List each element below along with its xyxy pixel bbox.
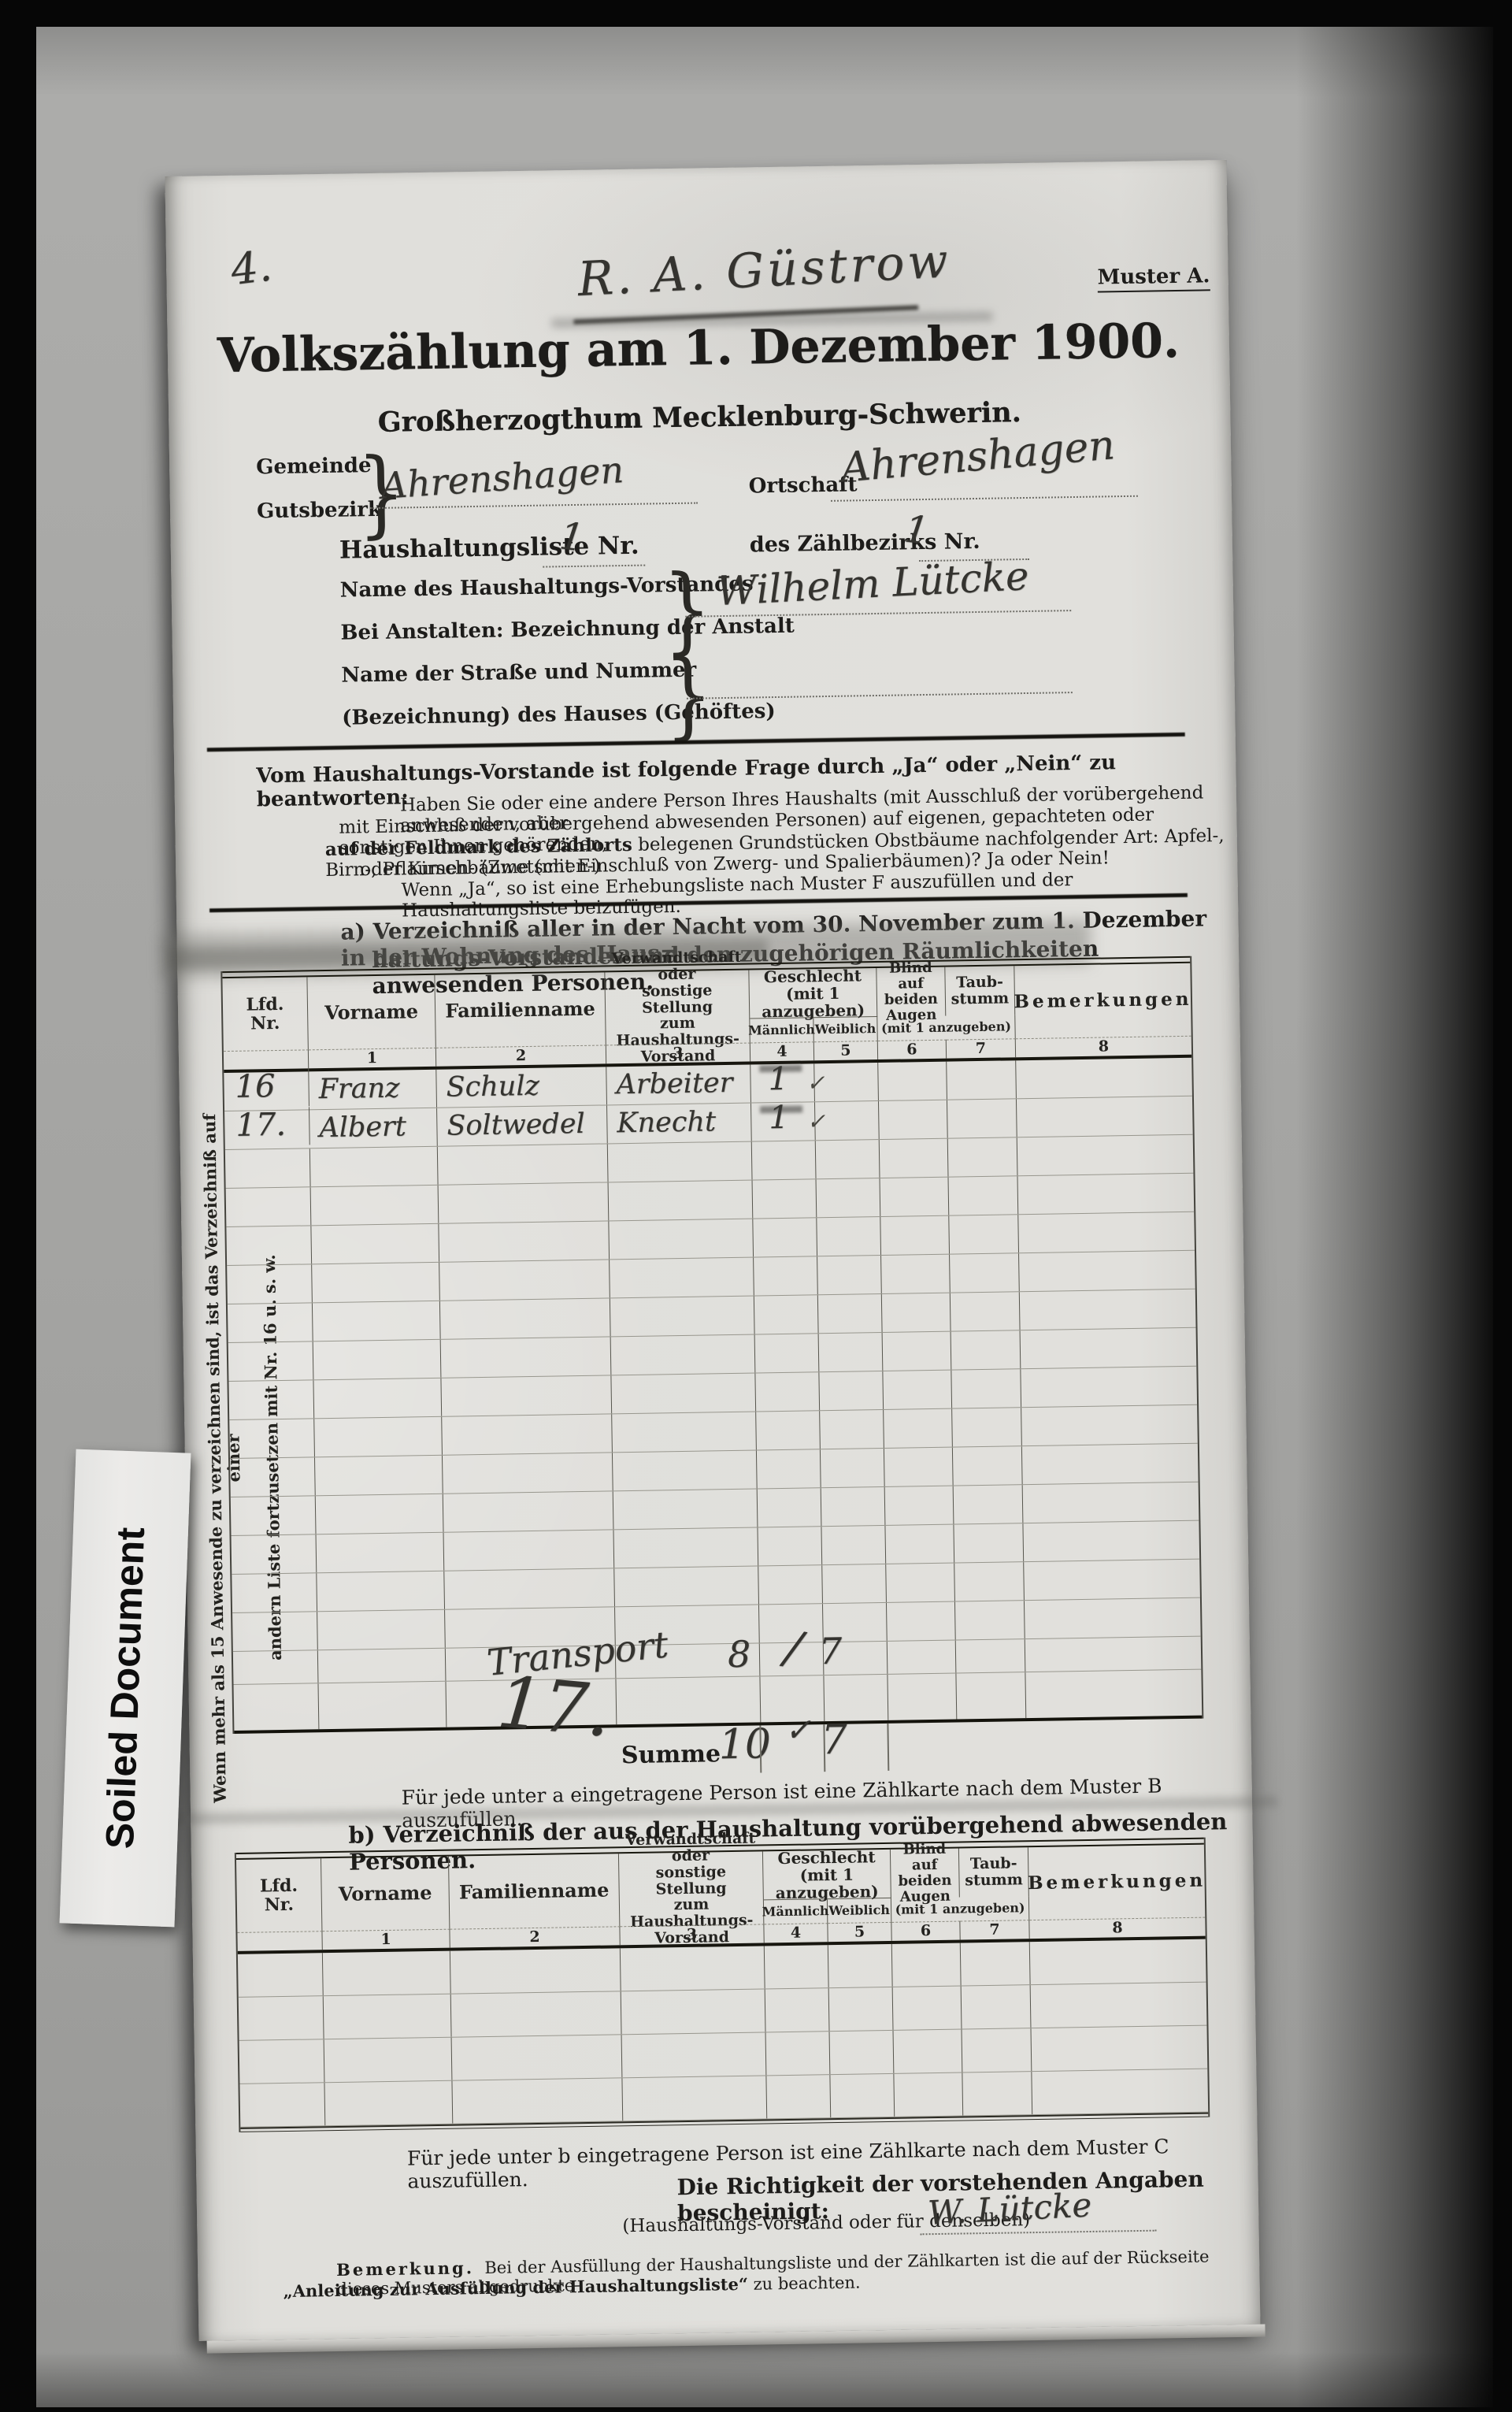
cell-empty [313,1340,442,1380]
cell-vorname: Franz [309,1070,437,1110]
cell-empty [1021,1367,1197,1407]
page-title: Volkszählung am 1. Dezember 1900. [167,313,1229,384]
cell-empty [611,1374,756,1414]
remark-label: Bemerkung. [336,2258,474,2280]
col-header-bemerkungen: Bemerkungen [1028,1845,1205,1920]
cell-empty [758,1488,822,1527]
cell-empty [951,1330,1021,1369]
cell-empty [444,1530,615,1570]
cell-empty [228,1303,313,1342]
col-header-geschlecht: Geschlecht (mit 1 anzugeben) [763,1850,891,1901]
cell-empty [239,2039,325,2084]
transport-maennlich: 8 [728,1633,751,1675]
cell-empty [315,1456,443,1496]
cell-empty [821,1487,886,1526]
haushaltungsliste-label: Haushaltungsliste Nr. [339,532,639,565]
cell-empty [608,1142,753,1182]
cell-empty [765,1988,830,2032]
cell-empty [227,1264,313,1304]
cell-empty [232,1534,317,1574]
cell-empty [316,1494,444,1534]
cell-empty [609,1181,754,1221]
cell-empty [952,1408,1022,1446]
cell-empty [821,1526,886,1564]
cell-empty [229,1419,315,1458]
transport-weiblich: 7 [819,1630,843,1672]
backdrop-right-shadow [1296,27,1493,2407]
cell-empty [239,2083,325,2127]
cell-empty [753,1218,817,1256]
cell-empty [754,1256,818,1295]
cell-empty [613,1527,758,1568]
cell-empty [450,1948,621,1993]
backdrop-bottom-shadow [36,2352,1493,2407]
district-stamp-handwriting: R. A. Güstrow [576,233,952,307]
cell-empty [949,1215,1019,1253]
cell-empty [880,1139,949,1178]
cell-empty [232,1612,318,1651]
cell-empty [1023,1482,1199,1523]
cell-empty [962,2072,1032,2115]
col-header-blind: Blind auf beiden Augen [891,1849,960,1898]
cell-empty [954,1523,1024,1562]
cell-empty [880,1216,950,1255]
col-header-familienname: Familienname [449,1854,620,1928]
vorstand-value: Wilhelm Lütcke [715,553,1029,614]
col-header-geschlecht: Geschlecht (mit 1 anzugeben) [749,968,877,1019]
cell-empty [612,1412,757,1452]
cell-empty [621,1946,765,1991]
soiled-document-slip: Soiled Document [60,1449,191,1928]
col-number-3: 3 [606,1043,750,1064]
col-header-verwandtschaft: Verwandtschaft oder sonstige Stellung zu… [605,970,750,1045]
col-header-familienname: Familienname [435,972,606,1047]
col-number-4: 4 [750,1041,814,1061]
cell-empty [817,1178,881,1217]
cell-weiblich [814,1063,879,1101]
cell-empty [441,1337,612,1377]
cell-empty [755,1334,820,1372]
cell-empty [441,1375,612,1416]
cell-empty [439,1260,610,1300]
col-number-blank [224,1049,309,1070]
cell-empty [444,1568,615,1609]
cell-vorname: Albert [309,1108,438,1148]
cell-empty [1025,1598,1201,1638]
cell-empty [1032,2069,1208,2114]
cell-empty [226,1187,312,1226]
signature-value: W. Lütcke [927,2185,1092,2232]
cell-empty [819,1371,884,1410]
cell-empty [819,1333,884,1371]
maennlich-mark: 1 [751,1100,789,1137]
col-number-3: 3 [620,1924,764,1945]
cell-empty [953,1446,1023,1485]
soiled-document-label: Soiled Document [97,1527,154,1850]
cell-familienname: Schulz [436,1067,607,1107]
ortschaft-dotted-line [831,495,1138,502]
corner-number: 4. [228,241,275,295]
cell-empty [1017,1174,1194,1214]
cell-empty [829,1987,894,2031]
cell-empty [882,1293,951,1332]
cell-empty [880,1178,950,1216]
cell-empty [1031,1983,1207,2028]
cell-empty [962,1985,1032,2028]
cell-empty [317,1572,445,1612]
table-b-absent-persons: Lfd. Nr. Vorname Familienname Verwandtsc… [235,1838,1210,2132]
cell-weiblich [815,1101,880,1140]
cell-empty [817,1256,882,1294]
haus-dotted [687,692,1073,699]
cell-empty [613,1450,758,1490]
cell-empty [314,1417,443,1457]
cell-empty [622,2032,767,2077]
cell-empty [1018,1212,1195,1252]
cell-empty [231,1496,317,1535]
col-number-6: 6 [891,1921,960,1941]
col-header-bemerkungen: Bemerkungen [1014,963,1191,1038]
cell-empty [949,1176,1019,1215]
cell-empty [956,1672,1026,1719]
cell-empty [610,1258,754,1298]
cell-empty [824,1675,888,1721]
cell-empty [230,1457,316,1497]
cell-empty [894,2072,963,2116]
table-b-header: Lfd. Nr. Vorname Familienname Verwandtsc… [236,1845,1206,1954]
cell-empty [440,1298,611,1338]
col-number-1: 1 [309,1048,436,1069]
cell-stellung: Arbeiter [606,1065,751,1105]
cell-empty [232,1573,317,1612]
cell-empty [228,1341,314,1381]
cell-empty [451,1991,622,2036]
cell-empty [1023,1521,1199,1561]
col-number-2: 2 [450,1926,620,1947]
census-form-page: 4. R. A. Güstrow Muster A. Volkszählung … [165,160,1260,2341]
col-header-verwandtschaft: Verwandtschaft oder sonstige Stellung zu… [619,1851,764,1926]
gemeinde-value: Ahrenshagen [380,448,625,507]
col-header-maennlich: Männlich [764,1899,828,1924]
cell-empty [1019,1251,1195,1291]
cell-empty [951,1369,1021,1408]
col-header-lfd-nr: Lfd. Nr. [236,1858,322,1932]
cell-empty [757,1449,821,1488]
cell-taubstumm [947,1060,1017,1099]
cell-empty [885,1525,954,1564]
cell-empty [317,1610,446,1650]
cell-empty [443,1491,614,1531]
cell-empty [885,1486,954,1525]
cell-empty [822,1564,887,1603]
cell-empty [621,1989,766,2034]
cell-empty [962,2028,1032,2072]
cell-empty [614,1566,759,1606]
cell-empty [883,1332,952,1371]
cell-empty [324,2081,453,2126]
cell-empty [884,1409,953,1448]
col-number-6: 6 [878,1040,947,1059]
cell-empty [443,1453,613,1493]
cell-empty [317,1533,445,1573]
cell-empty [611,1335,756,1375]
cell-empty [310,1147,439,1187]
cell-empty [622,2076,767,2121]
cell-empty [1017,1135,1194,1175]
col-number-1: 1 [322,1929,450,1950]
gemeinde-label: Gemeinde [256,454,372,479]
muster-label: Muster A. [1097,264,1210,292]
cell-empty [954,1485,1024,1523]
cell-empty [961,1942,1031,1985]
haus-brace: } [664,647,713,742]
cell-empty [239,1996,324,2040]
cell-empty [892,1943,962,1987]
cell-empty [954,1562,1025,1601]
cell-empty [226,1226,312,1265]
cell-empty [439,1182,610,1223]
col-number-2: 2 [436,1045,606,1066]
cell-empty [318,1682,447,1730]
cell-empty [758,1527,822,1565]
cell-empty [817,1217,881,1256]
cell-empty [452,2035,623,2080]
cell-blind [878,1062,947,1100]
cell-empty [883,1371,952,1409]
cell-empty [821,1449,885,1487]
ortschaft-value: Ahrenshagen [839,421,1117,492]
cell-empty [955,1601,1025,1639]
cell-blind [879,1100,948,1139]
cell-empty [756,1411,821,1449]
cell-empty [1025,1670,1202,1718]
cell-empty [950,1253,1020,1292]
cell-empty [1022,1444,1199,1484]
col-header-taubstumm: Taub- stumm [945,966,1015,1015]
cell-empty [816,1140,880,1178]
cell-bemerkungen [1016,1058,1192,1098]
col-number-4: 4 [764,1923,828,1943]
cell-empty [828,1944,893,1987]
cell-empty [1021,1328,1197,1368]
cell-empty [311,1224,439,1264]
haushaltungsliste-dotted [543,565,645,568]
cell-empty [830,2031,895,2074]
cell-empty [886,1564,955,1602]
cell-empty [324,1995,452,2039]
col-header-weiblich: Weiblich [828,1898,891,1923]
cell-empty [324,2038,453,2083]
cell-empty [1021,1405,1198,1445]
cell-empty [754,1295,819,1334]
col-number-blank [237,1931,322,1951]
cell-empty [753,1179,817,1218]
cell-empty [312,1263,440,1303]
cell-empty [948,1137,1018,1176]
col-header-maennlich: Männlich [750,1018,813,1042]
col-number-7: 7 [947,1038,1016,1058]
col-header-lfd-nr: Lfd. Nr. [222,977,308,1051]
cell-empty [452,2078,623,2123]
cell-empty [766,2075,831,2118]
col-number-5: 5 [828,1922,891,1942]
cell-empty [438,1144,609,1184]
col-header-mit1: (mit 1 anzugeben) [891,1896,1029,1922]
zaehlbezirk-label: des Zählbezirks Nr. [750,529,980,558]
col-number-8: 8 [1029,1917,1205,1939]
col-header-vorname: Vorname [321,1857,450,1931]
cell-empty [755,1372,820,1411]
cell-empty [609,1219,754,1260]
summe-column-stub-3 [887,1724,889,1771]
cell-empty [313,1301,441,1341]
cell-empty [818,1294,883,1333]
cell-lfd: 16 [224,1068,309,1108]
cell-empty [1031,2026,1207,2071]
backdrop-top-shadow [36,27,1493,98]
cell-empty [752,1141,817,1179]
cell-lfd: 17. [224,1107,310,1146]
table-b-empty-rows [238,1939,1208,2128]
cell-empty [894,2029,963,2072]
cell-empty [313,1379,442,1419]
cell-empty [318,1649,447,1683]
cell-empty [610,1297,755,1337]
col-number-8: 8 [1016,1036,1191,1057]
cell-empty [888,1641,957,1674]
remark-rest2: zu beachten. [748,2273,861,2294]
summe-check: ✓ [784,1712,811,1749]
col-number-5: 5 [814,1041,878,1060]
cell-empty [1025,1637,1202,1672]
anstalt-label: Bei Anstalten: Bezeichnung der Anstalt [340,614,795,645]
cell-maennlich: 1 ✓ [750,1063,815,1102]
col-header-blind: Blind auf beiden Augen [876,967,946,1017]
cell-empty [820,1410,884,1449]
cell-empty [956,1639,1026,1672]
cell-maennlich: 1 ✓ [751,1102,816,1141]
cell-empty [228,1380,314,1419]
cell-empty [758,1565,823,1604]
cell-empty [830,2074,895,2117]
cell-empty [225,1148,311,1188]
cell-empty [238,1953,324,1997]
cell-empty [1030,1939,1206,1984]
cell-stellung: Knecht [607,1104,752,1144]
cell-empty [311,1186,439,1226]
col-header-mit1: (mit 1 anzugeben) [877,1015,1015,1041]
table-a-empty-rows [225,1135,1201,1652]
col-header-taubstumm: Taub- stumm [959,1847,1029,1897]
cell-empty [887,1602,956,1641]
cell-empty [233,1650,319,1684]
cell-empty [442,1414,613,1454]
strasse-label: Name der Straße und Nummer [341,659,696,688]
table-a-present-persons: Lfd. Nr. Vorname Familienname Verwandtsc… [220,956,1203,1734]
summe-label: Summe [621,1740,721,1769]
cell-empty [888,1674,957,1720]
cell-taubstumm [947,1099,1017,1137]
cell-empty [1024,1560,1200,1600]
cell-empty [439,1221,610,1261]
cell-empty [1020,1289,1196,1330]
cell-empty [765,1945,829,1988]
col-number-7: 7 [960,1920,1029,1939]
cell-empty [881,1255,951,1293]
cell-empty [613,1489,758,1529]
cell-empty [234,1683,320,1731]
cell-bemerkungen [1017,1097,1193,1137]
col-header-weiblich: Weiblich [813,1017,877,1041]
cell-empty [616,1676,761,1724]
cell-empty [951,1292,1021,1330]
col-header-vorname: Vorname [307,975,435,1050]
cell-empty [884,1448,954,1486]
summe-handwritten-17: 17. [495,1661,614,1753]
cell-empty [893,1986,962,2029]
table-a-header: Lfd. Nr. Vorname Familienname Verwandtsc… [222,963,1191,1073]
cell-familienname: Soltwedel [437,1105,608,1145]
summe-maennlich: 10 [718,1720,771,1768]
maennlich-mark: 1 [750,1061,788,1098]
cell-empty [766,2032,831,2075]
cell-empty [323,1951,451,1996]
